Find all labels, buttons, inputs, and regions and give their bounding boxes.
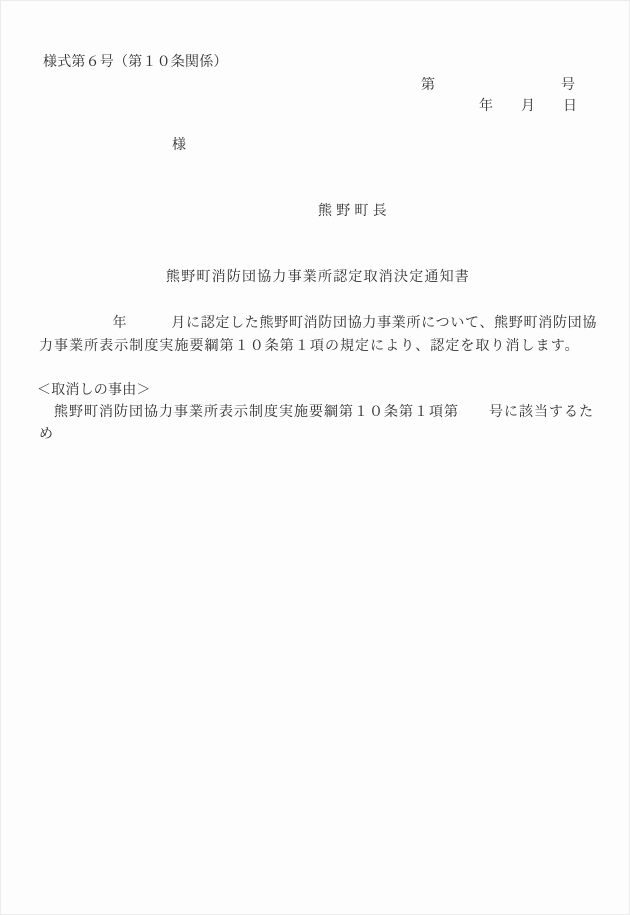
date-line: 年 月 日 [479,99,577,114]
body-paragraph-line-2: 力事業所表示制度実施要綱第１０条第１項の規定により、認定を取り消します。 [39,339,580,354]
document-page: 様式第６号（第１０条関係） 第 号 年 月 日 様 熊野町長 熊野町消防団協力事… [0,0,630,915]
sender-name: 熊野町長 [318,204,391,219]
cancellation-reason-line-2: め [39,427,54,442]
document-title: 熊野町消防団協力事業所認定取消決定通知書 [166,270,470,285]
cancellation-reason-line-1: 熊野町消防団協力事業所表示制度実施要綱第１０条第１項第 号に該当するた [39,405,594,420]
addressee-honorific: 様 [172,138,187,153]
cancellation-reason-heading: ＜取消しの事由＞ [37,383,151,398]
body-paragraph-line-1: 年 月に認定した熊野町消防団協力事業所について、熊野町消防団協 [39,316,597,331]
form-number-label: 様式第６号（第１０条関係） [43,55,228,70]
document-number-line: 第 号 [421,78,575,93]
